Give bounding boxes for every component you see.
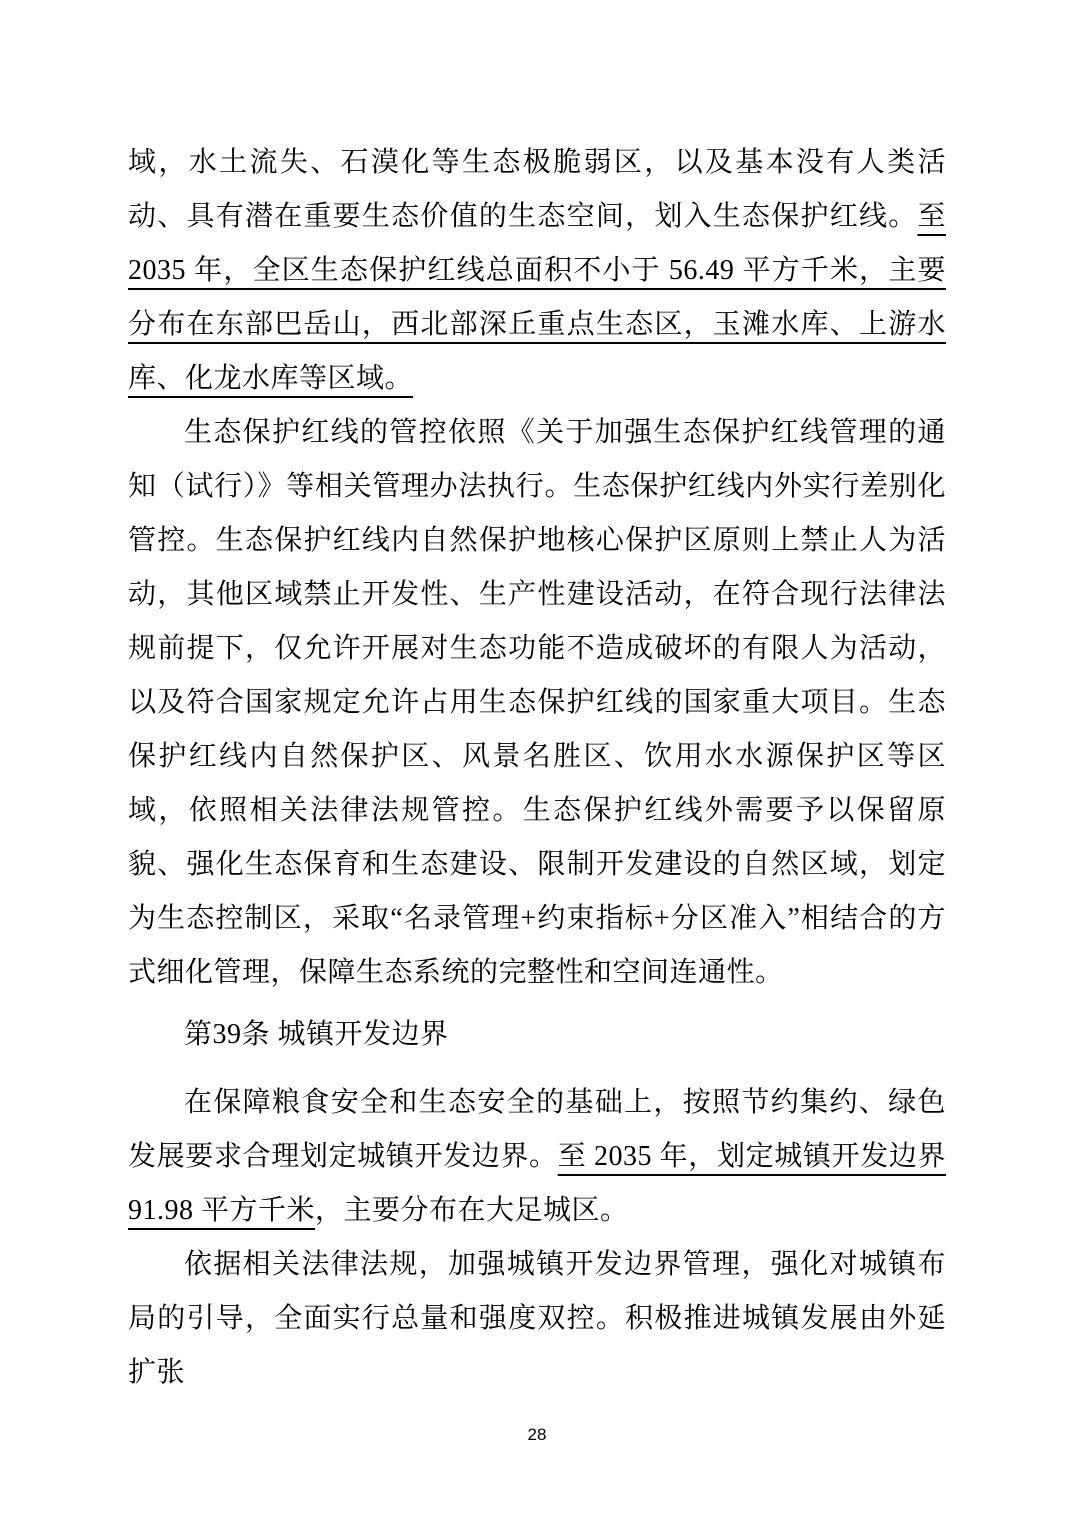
article-39-heading: 第39条 城镇开发边界 bbox=[128, 1008, 946, 1062]
page-number: 28 bbox=[0, 1424, 1074, 1446]
document-page: 域，水土流失、石漠化等生态极脆弱区，以及基本没有人类活动、具有潜在重要生态价值的… bbox=[0, 0, 1074, 1520]
paragraph-urban-development-boundary: 在保障粮食安全和生态安全的基础上，按照节约集约、绿色发展要求合理划定城镇开发边界… bbox=[128, 1076, 946, 1238]
paragraph-redline-control: 生态保护红线的管控依照《关于加强生态保护红线管理的通知（试行）》等相关管理办法执… bbox=[128, 406, 946, 1000]
text-segment-normal: ，主要分布在大足城区。 bbox=[315, 1195, 629, 1226]
text-segment-normal: 域，水土流失、石漠化等生态极脆弱区，以及基本没有人类活动、具有潜在重要生态价值的… bbox=[128, 147, 946, 232]
paragraph-ecological-redline: 域，水土流失、石漠化等生态极脆弱区，以及基本没有人类活动、具有潜在重要生态价值的… bbox=[128, 136, 946, 406]
paragraph-boundary-management: 依据相关法律法规，加强城镇开发边界管理，强化对城镇布局的引导，全面实行总量和强度… bbox=[128, 1238, 946, 1400]
